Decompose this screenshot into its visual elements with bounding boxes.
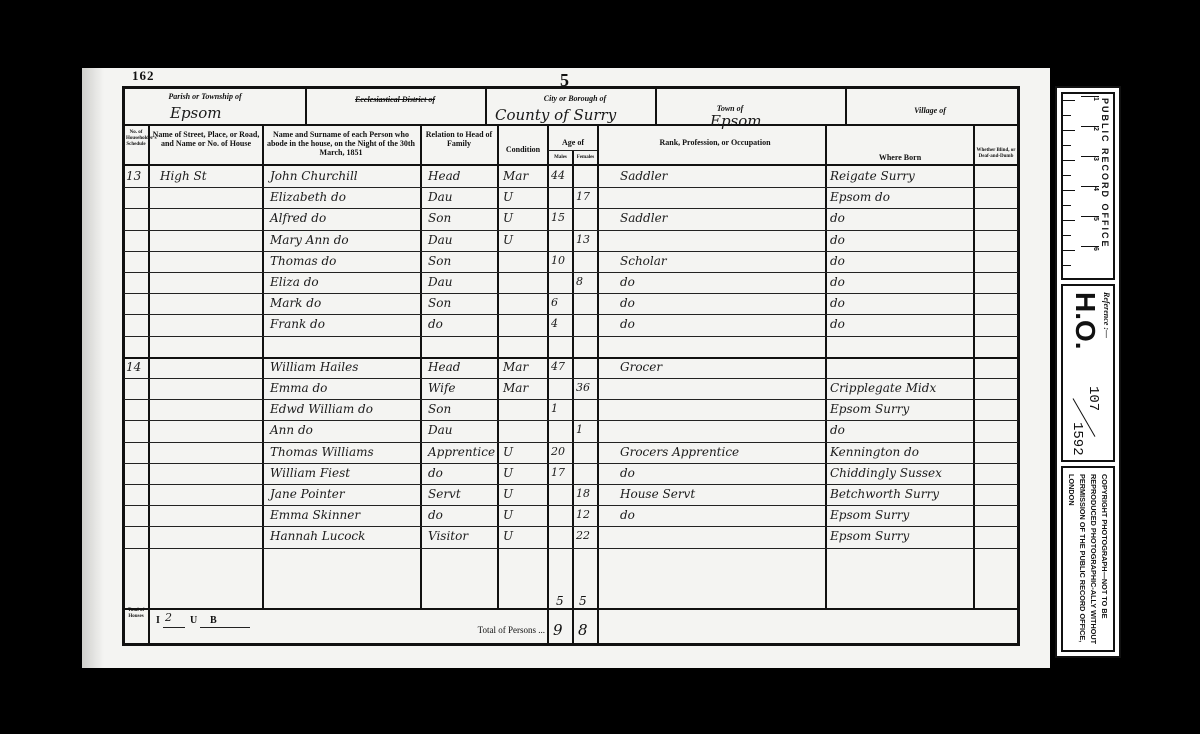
marital-condition: Mar <box>503 169 528 183</box>
row-rule <box>124 378 1018 379</box>
footer-divider <box>124 608 1018 610</box>
relation-to-head: Visitor <box>428 529 468 543</box>
ruler-tick <box>1063 100 1075 101</box>
ruler-cm-mark: 3 <box>1081 156 1099 185</box>
birthplace: Kennington do <box>830 445 919 459</box>
birthplace: Cripplegate Midx <box>830 381 936 395</box>
relation-to-head: Head <box>428 169 460 183</box>
relation-to-head: Servt <box>428 487 461 501</box>
occupation: Grocers Apprentice <box>620 445 739 459</box>
total-houses-label: Total of Houses <box>125 608 147 620</box>
person-name: Emma Skinner <box>270 508 360 522</box>
row-rule <box>124 293 1018 294</box>
folio-mark: 162 <box>132 68 155 84</box>
header-divider <box>845 88 847 124</box>
row-rule <box>124 526 1018 527</box>
city-value: County of Surry <box>495 106 616 124</box>
street-address: High St <box>160 169 207 183</box>
building-blank <box>220 627 250 628</box>
row-rule <box>124 187 1018 188</box>
person-name: Mary Ann do <box>270 233 349 247</box>
person-name: Eliza do <box>270 275 319 289</box>
ruler-tick <box>1063 175 1071 176</box>
female-age: 22 <box>576 529 590 542</box>
person-name: Emma do <box>270 381 327 395</box>
building-label: B <box>210 616 217 625</box>
relation-to-head: Apprentice <box>428 445 495 459</box>
uninhabited-label: U <box>190 616 197 625</box>
measurement-ruler: PUBLIC RECORD OFFICE 123456 <box>1061 92 1115 280</box>
relation-to-head: Son <box>428 402 451 416</box>
ruler-tick <box>1063 205 1071 206</box>
reference-box: Reference :— H.O. 107 1592 <box>1061 284 1115 462</box>
ecclesiastical-label: Ecclesiastical District of <box>320 95 470 104</box>
inhabited-value: 2 <box>165 611 172 624</box>
occupation: do <box>620 317 635 331</box>
column-divider <box>497 124 499 608</box>
ruler-tick <box>1063 145 1071 146</box>
relation-to-head: do <box>428 317 443 331</box>
relation-to-head: Head <box>428 360 460 374</box>
female-age: 36 <box>576 381 590 394</box>
occupation: do <box>620 296 635 310</box>
row-rule <box>124 484 1018 485</box>
row-rule <box>124 208 1018 209</box>
birthplace: do <box>830 254 845 268</box>
ruler-cm-mark: 5 <box>1081 216 1099 245</box>
header-band-divider <box>124 124 1018 126</box>
female-age: 18 <box>576 487 590 500</box>
person-name: William Fiest <box>270 466 350 480</box>
marital-condition: U <box>503 487 513 501</box>
person-name: Thomas Williams <box>270 445 374 459</box>
males-column-header: Males <box>549 155 572 161</box>
archive-reference-strip: PUBLIC RECORD OFFICE 123456 Reference :—… <box>1055 86 1121 658</box>
schedule-column-header: No. of Householder's Schedule <box>126 130 146 148</box>
column-divider <box>547 124 549 646</box>
reference-series: H.O. <box>1069 292 1101 350</box>
ruler-tick <box>1063 235 1071 236</box>
total-males: 9 <box>553 621 563 639</box>
marital-condition: U <box>503 233 513 247</box>
person-name: William Hailes <box>270 360 358 374</box>
column-divider <box>572 150 574 646</box>
person-name: Thomas do <box>270 254 336 268</box>
male-age: 17 <box>551 466 565 479</box>
column-divider <box>148 124 150 608</box>
ruler-tick <box>1063 220 1075 221</box>
relation-to-head: Son <box>428 211 451 225</box>
condition-column-header: Condition <box>500 145 546 154</box>
relation-to-head: Wife <box>428 381 456 395</box>
female-age: 17 <box>576 190 590 203</box>
relation-to-head: Dau <box>428 423 453 437</box>
birthplace: do <box>830 317 845 331</box>
occupation: House Servt <box>620 487 695 501</box>
total-persons-label: Total of Persons ... <box>455 626 545 635</box>
column-divider <box>973 124 975 608</box>
birthplace-column-header: Where Born <box>840 153 960 162</box>
schedule-number: 13 <box>126 169 141 183</box>
marital-condition: U <box>503 445 513 459</box>
column-header-divider <box>124 164 1018 166</box>
marital-condition: Mar <box>503 381 528 395</box>
ruler-cm-mark: 4 <box>1081 186 1099 215</box>
relation-to-head: Son <box>428 296 451 310</box>
person-name: Hannah Lucock <box>270 529 365 543</box>
row-rule <box>124 272 1018 273</box>
relation-column-header: Relation to Head of Family <box>424 130 494 148</box>
city-label: City or Borough of <box>520 94 630 103</box>
copyright-notice: COPYRIGHT PHOTOGRAPH—NOT TO BE REPRODUCE… <box>1066 474 1110 650</box>
person-name: Ann do <box>270 423 313 437</box>
ruler-title: PUBLIC RECORD OFFICE <box>1100 98 1110 249</box>
row-rule <box>124 336 1018 337</box>
row-rule <box>124 314 1018 315</box>
street-column-header: Name of Street, Place, or Road, and Name… <box>152 130 260 148</box>
parish-label: Parish or Township of <box>145 92 265 101</box>
birthplace: do <box>830 211 845 225</box>
village-label: Village of <box>880 106 980 115</box>
person-name: Frank do <box>270 317 325 331</box>
relation-to-head: do <box>428 466 443 480</box>
marital-condition: U <box>503 211 513 225</box>
inhabited-label: I <box>156 616 160 625</box>
birthplace: Epsom do <box>830 190 890 204</box>
row-rule <box>124 251 1018 252</box>
column-divider <box>262 124 264 608</box>
row-rule <box>124 442 1018 443</box>
header-divider <box>305 88 307 124</box>
marital-condition: U <box>503 466 513 480</box>
birthplace: Epsom Surry <box>830 508 909 522</box>
person-name: Elizabeth do <box>270 190 346 204</box>
age-subheader-divider <box>548 150 597 151</box>
copyright-box: COPYRIGHT PHOTOGRAPH—NOT TO BE REPRODUCE… <box>1061 466 1115 652</box>
marital-condition: U <box>503 190 513 204</box>
ruler-tick <box>1063 130 1075 131</box>
footer-divider <box>148 608 150 646</box>
row-rule <box>124 463 1018 464</box>
row-rule <box>124 357 1018 359</box>
birthplace: Chiddingly Sussex <box>830 466 942 480</box>
ruler-tick <box>1063 115 1071 116</box>
disability-column-header: Whether Blind, or Deaf-and-Dumb <box>976 148 1016 160</box>
age-column-header: Age of <box>550 138 596 147</box>
occupation: Grocer <box>620 360 662 374</box>
total-females: 8 <box>578 621 588 639</box>
relation-to-head: Dau <box>428 233 453 247</box>
relation-to-head: Son <box>428 254 451 268</box>
female-age: 13 <box>576 233 590 246</box>
row-rule <box>124 230 1018 231</box>
birthplace: do <box>830 275 845 289</box>
male-age: 44 <box>551 169 565 182</box>
occupation: Saddler <box>620 169 667 183</box>
birthplace: do <box>830 233 845 247</box>
occupation: do <box>620 508 635 522</box>
female-age: 8 <box>576 275 583 288</box>
birthplace: Epsom Surry <box>830 402 909 416</box>
ruler-tick <box>1063 190 1075 191</box>
person-name: Edwd William do <box>270 402 373 416</box>
schedule-number: 14 <box>126 360 141 374</box>
page-tally-females: 5 <box>579 594 587 608</box>
parish-value: Epsom <box>170 104 222 122</box>
person-name: John Churchill <box>270 169 358 183</box>
row-rule <box>124 399 1018 400</box>
reference-class: 107 <box>1085 386 1101 411</box>
male-age: 4 <box>551 317 558 330</box>
female-age: 1 <box>576 423 583 436</box>
marital-condition: U <box>503 529 513 543</box>
relation-to-head: Dau <box>428 275 453 289</box>
row-rule <box>124 548 1018 549</box>
town-value: Epsom <box>710 112 762 130</box>
reference-piece: 1592 <box>1069 422 1085 456</box>
birthplace: Epsom Surry <box>830 529 909 543</box>
relation-to-head: do <box>428 508 443 522</box>
male-age: 20 <box>551 445 565 458</box>
male-age: 47 <box>551 360 565 373</box>
birthplace: do <box>830 423 845 437</box>
occupation: do <box>620 466 635 480</box>
header-divider <box>485 88 487 124</box>
birthplace: do <box>830 296 845 310</box>
marital-condition: Mar <box>503 360 528 374</box>
inhabited-blank <box>163 627 185 628</box>
ruler-cm-mark: 6 <box>1081 246 1099 275</box>
name-column-header: Name and Surname of each Person who abod… <box>265 130 417 157</box>
occupation: Saddler <box>620 211 667 225</box>
person-name: Jane Pointer <box>270 487 345 501</box>
header-divider <box>655 88 657 124</box>
birthplace: Reigate Surry <box>830 169 915 183</box>
column-divider <box>420 124 422 608</box>
ruler-cm-mark: 1 <box>1081 96 1099 125</box>
females-column-header: Females <box>574 155 597 161</box>
relation-to-head: Dau <box>428 190 453 204</box>
row-rule <box>124 505 1018 506</box>
page-tally-males: 5 <box>556 594 564 608</box>
marital-condition: U <box>503 508 513 522</box>
occupation: do <box>620 275 635 289</box>
male-age: 1 <box>551 402 558 415</box>
row-rule <box>124 420 1018 421</box>
reference-label: Reference :— <box>1102 292 1111 338</box>
female-age: 12 <box>576 508 590 521</box>
occupation-column-header: Rank, Profession, or Occupation <box>640 138 790 147</box>
male-age: 15 <box>551 211 565 224</box>
male-age: 10 <box>551 254 565 267</box>
person-name: Mark do <box>270 296 321 310</box>
column-divider <box>597 124 599 646</box>
ruler-tick <box>1063 265 1071 266</box>
column-divider <box>825 124 827 608</box>
ruler-tick <box>1063 250 1075 251</box>
ruler-cm-mark: 2 <box>1081 126 1099 155</box>
male-age: 6 <box>551 296 558 309</box>
ruler-tick <box>1063 160 1075 161</box>
birthplace: Betchworth Surry <box>830 487 939 501</box>
occupation: Scholar <box>620 254 667 268</box>
person-name: Alfred do <box>270 211 326 225</box>
